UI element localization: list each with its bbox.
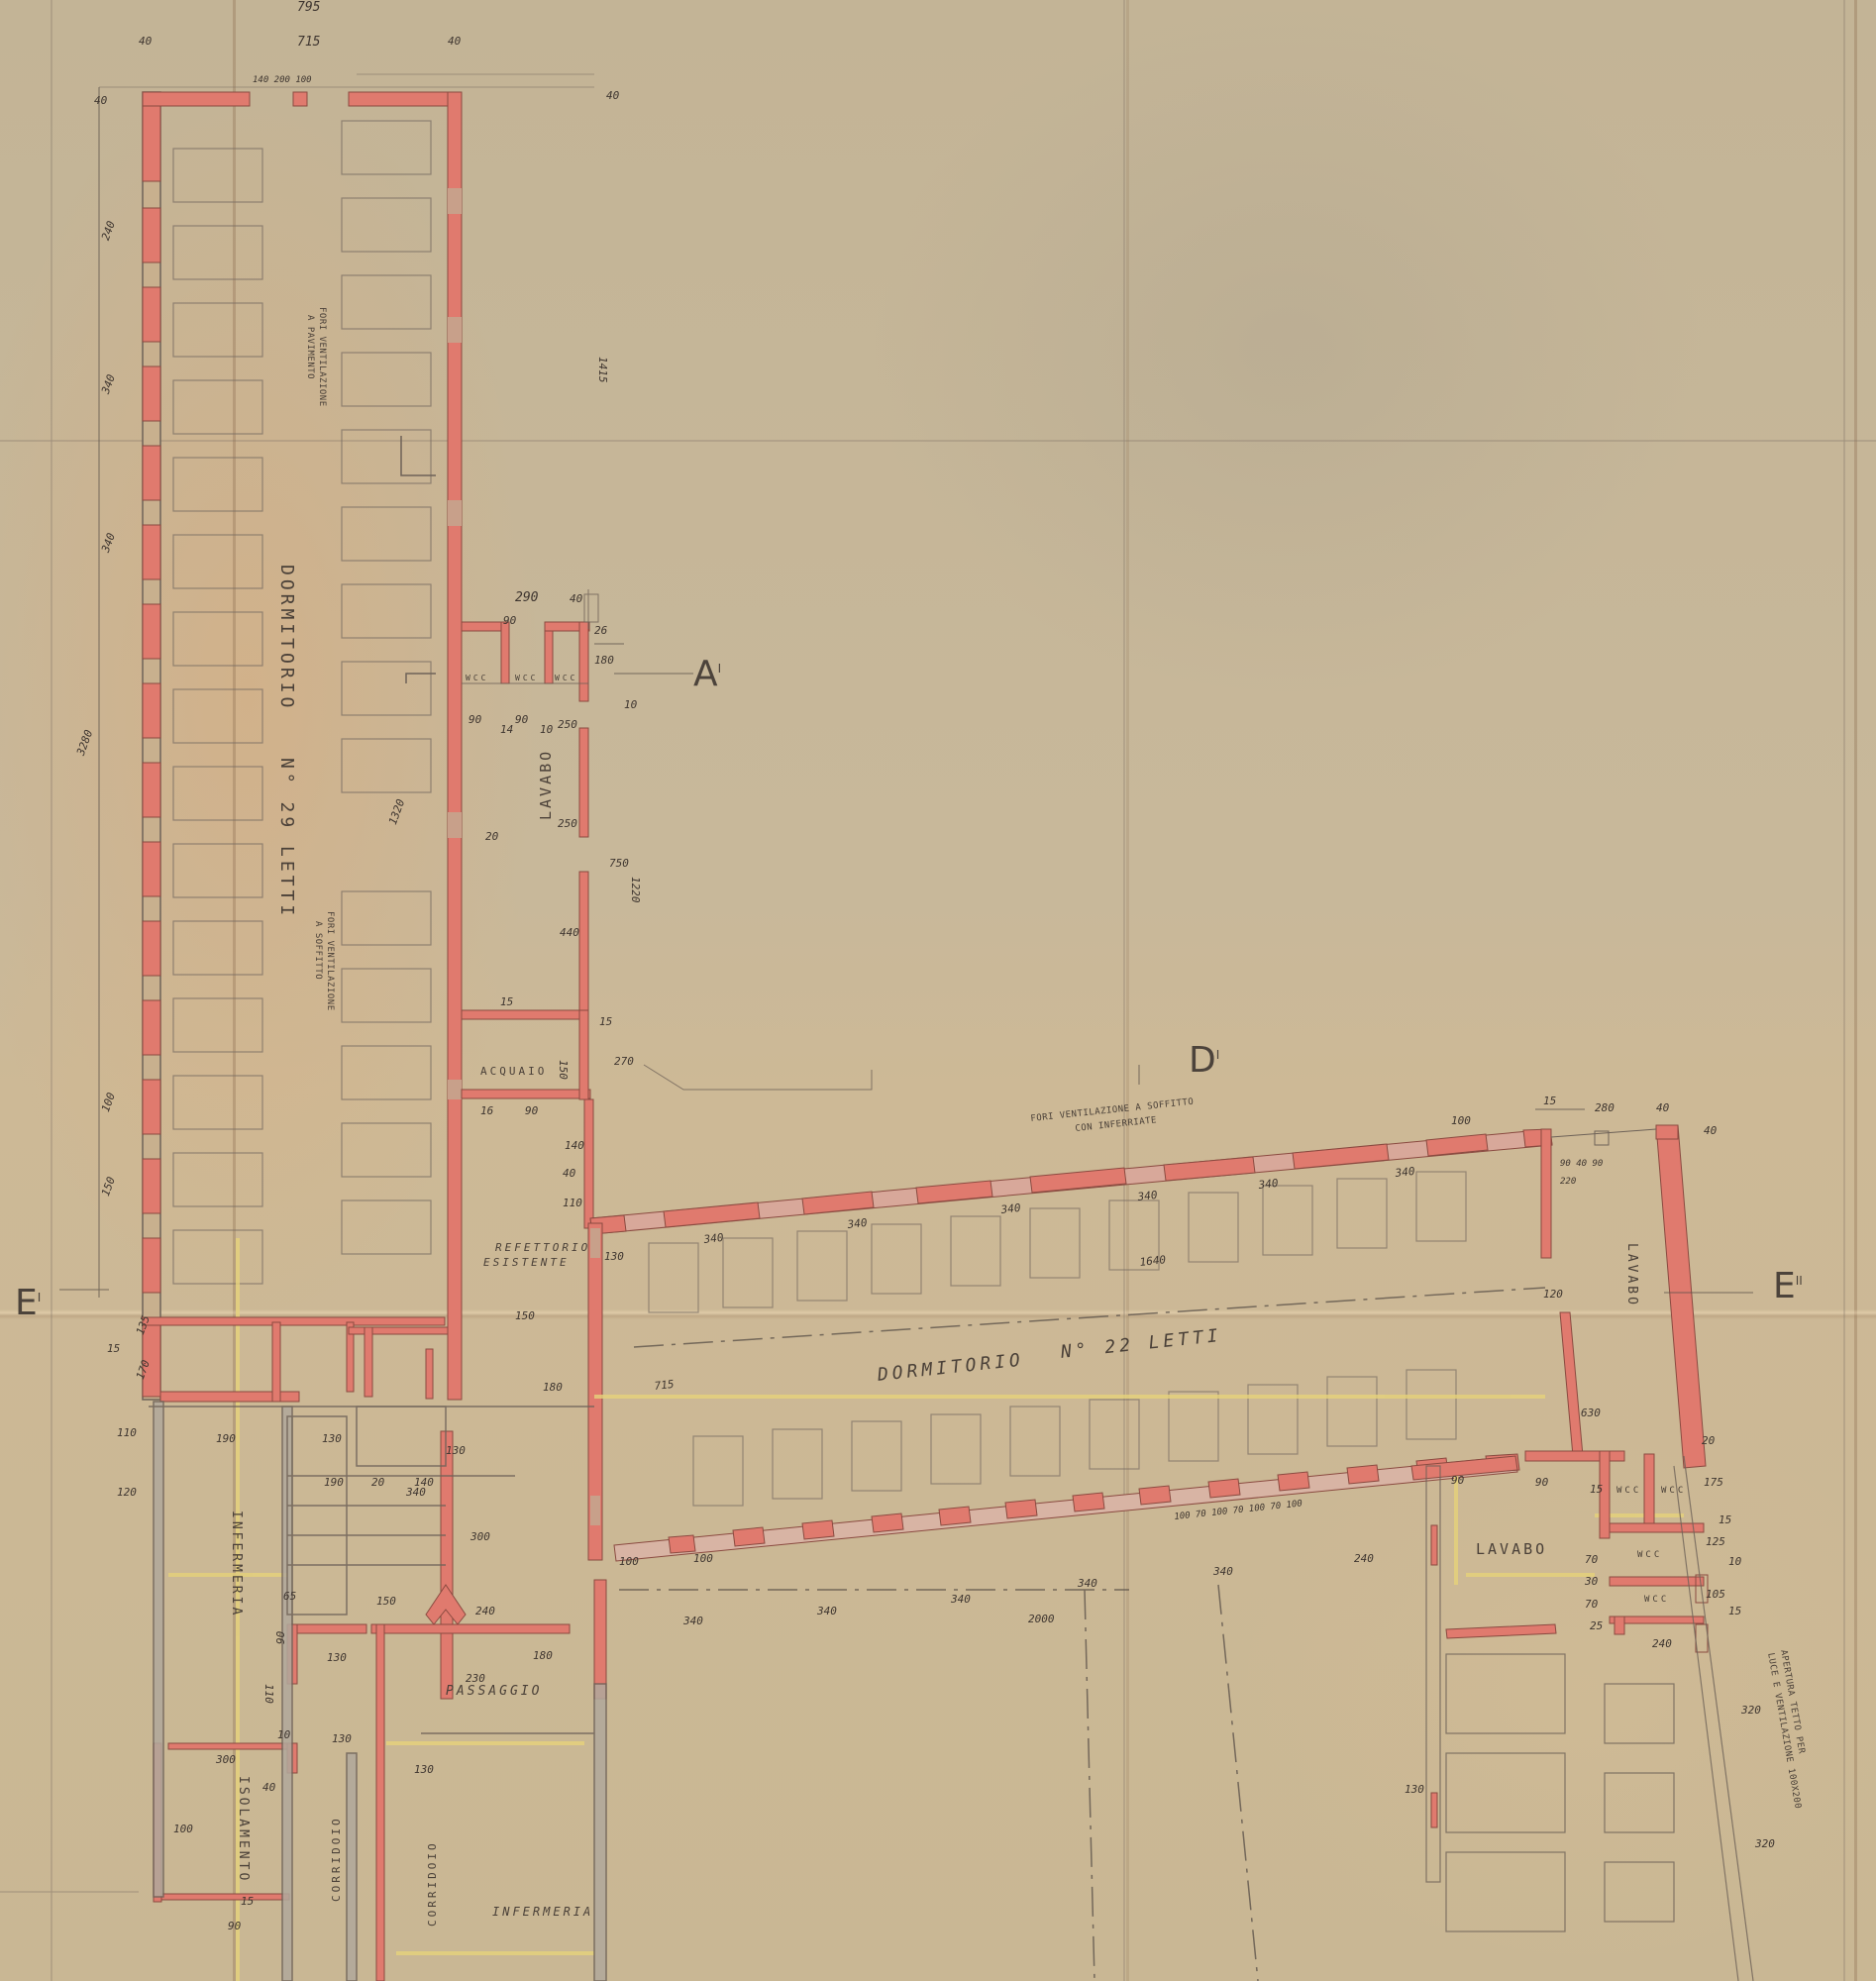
dimension: 320 (1741, 1704, 1761, 1717)
dimension: 340 (817, 1605, 837, 1617)
dimension: 340 (703, 1231, 724, 1246)
dimension: 300 (470, 1530, 490, 1543)
dimension: 20 (485, 830, 498, 843)
dimension: 20 (1702, 1434, 1715, 1447)
room-label-wcc-5: WCC (1661, 1486, 1686, 1496)
dimension: 340 (406, 1486, 426, 1499)
dimension: 40 (563, 1167, 575, 1180)
dimension: 110 (262, 1684, 275, 1704)
dimension: 130 (322, 1432, 342, 1445)
note-ventilation-ceiling-2: A SOFFITTO (313, 921, 323, 980)
dimension: 190 (324, 1476, 344, 1489)
dimension: 130 (332, 1732, 352, 1745)
dimension: 90 (515, 713, 528, 726)
dimension: 26 (594, 624, 607, 637)
dimension: 100 (693, 1552, 713, 1565)
dimension: 180 (594, 654, 614, 667)
room-label-lavabo-east: LAVABO (1624, 1243, 1639, 1307)
floor-plan (0, 0, 1876, 1981)
room-label-refettorio-existing: ESISTENTE (483, 1256, 570, 1269)
dimension: 40 (570, 592, 582, 605)
dimension: 795 (297, 0, 320, 15)
room-label-infermeria-west: INFERMERIA (229, 1511, 244, 1617)
dimension: 320 (1755, 1837, 1775, 1850)
dormitorio-29-walls (143, 92, 462, 1400)
construction-lines (0, 0, 1876, 1981)
dimension: 140 200 100 (253, 75, 312, 85)
dimension: 120 (1543, 1288, 1563, 1301)
demolition-lines (168, 1238, 1684, 1981)
dimension: 125 (1706, 1535, 1725, 1548)
room-label-isolamento: ISOLAMENTO (236, 1776, 251, 1883)
dimension: 130 (1405, 1783, 1424, 1796)
dimension: 140 (565, 1139, 584, 1152)
dimension: 300 (216, 1753, 236, 1766)
dimension: 20 (371, 1476, 384, 1489)
note-ventilation-floor: FORI VENTILAZIONE (317, 307, 327, 407)
dimension: 150 (515, 1309, 535, 1322)
dimension: 40 (262, 1781, 275, 1794)
dimension: 105 (1706, 1588, 1725, 1601)
note-ventilation-floor-2: A PAVIMENTO (305, 315, 315, 379)
room-label-wcc-3: WCC (555, 674, 577, 682)
section-marker-e-left: EI (15, 1283, 41, 1323)
dimension: 15 (500, 995, 513, 1008)
dimension: 15 (1543, 1095, 1556, 1107)
dimension: 90 (503, 614, 516, 627)
dimension: 1220 (629, 877, 642, 903)
room-label-acquaio: ACQUAIO (480, 1065, 547, 1078)
dimension: 90 (469, 713, 481, 726)
dimension: 175 (1704, 1476, 1723, 1489)
dimension: 250 (558, 718, 577, 731)
dimension: 120 (117, 1486, 137, 1499)
section-marker-e-right: EII (1773, 1266, 1803, 1306)
dimension: 150 (376, 1595, 396, 1608)
dimension: 100 (1451, 1114, 1471, 1127)
dimension: 270 (614, 1055, 634, 1068)
dimension: 715 (654, 1378, 675, 1393)
room-label-infermeria-south: INFERMERIA (492, 1905, 593, 1919)
dimension: 10 (624, 698, 637, 711)
dimension: 190 (216, 1432, 236, 1445)
dimension: 250 (558, 817, 577, 830)
dimension: 15 (1719, 1513, 1731, 1526)
room-label-corridoio-2: CORRIDOIO (426, 1840, 439, 1927)
note-ventilation-ceiling: FORI VENTILAZIONE (325, 911, 335, 1011)
dimension: 10 (1728, 1555, 1741, 1568)
dimension: 90 (1535, 1476, 1548, 1489)
dimension: 150 (557, 1060, 570, 1080)
dimension: 70 (1585, 1553, 1598, 1566)
dimension: 240 (475, 1605, 495, 1617)
room-label-dormitorio-29: DORMITORIO (276, 565, 297, 711)
dimension: 340 (1137, 1189, 1158, 1203)
room-label-passaggio: PASSAGGIO (446, 1684, 542, 1699)
dimension: 240 (1354, 1552, 1374, 1565)
dimension: 10 (540, 723, 553, 736)
dimension: 180 (533, 1649, 553, 1662)
dimension: 130 (446, 1444, 466, 1457)
room-label-refettorio: REFETTORIO (495, 1241, 590, 1254)
dimension: 16 (480, 1104, 493, 1117)
room-label-wcc-6: WCC (1637, 1550, 1662, 1560)
dimension: 40 (94, 94, 107, 107)
room-label-lavabo-north: LAVABO (537, 749, 555, 820)
dimension: 15 (107, 1342, 120, 1355)
dimension: 240 (1652, 1637, 1672, 1650)
dimension: 15 (241, 1895, 254, 1908)
dimension: 100 (173, 1823, 193, 1835)
room-label-wcc-1: WCC (466, 674, 488, 682)
dimension: 40 (1704, 1124, 1717, 1137)
dimension: 220 (1560, 1177, 1576, 1187)
dimension: 15 (1728, 1605, 1741, 1617)
section-marker-a: AI (693, 654, 721, 694)
dimension: 230 (466, 1672, 485, 1685)
dimension: 90 (228, 1920, 241, 1932)
dimension: 440 (560, 926, 579, 939)
dimension: 40 (1656, 1101, 1669, 1114)
dimension: 130 (414, 1763, 434, 1776)
dimension: 10 (277, 1728, 290, 1741)
room-label-wcc-2: WCC (515, 674, 538, 682)
dimension: 340 (1395, 1165, 1415, 1180)
bed-outlines-29 (173, 121, 431, 1284)
dimension: 340 (951, 1593, 971, 1606)
dimension: 40 (606, 89, 619, 102)
dimension: 1415 (596, 357, 609, 383)
room-label-wcc-4: WCC (1616, 1486, 1641, 1496)
dimension: 70 (1585, 1598, 1598, 1611)
room-label-lavabo-south: LAVABO (1476, 1540, 1547, 1558)
dimension: 1640 (1139, 1253, 1167, 1269)
dimension: 130 (604, 1250, 624, 1263)
dimension: 630 (1581, 1407, 1601, 1419)
dimension: 90 (1451, 1474, 1464, 1487)
dimension: 15 (599, 1015, 612, 1028)
dimension: 715 (297, 35, 320, 50)
dimension: 90 40 90 (1560, 1159, 1603, 1169)
dimension: 280 (1595, 1101, 1615, 1114)
room-label-wcc-7: WCC (1644, 1595, 1669, 1605)
dimension: 100 (619, 1555, 639, 1568)
dimension: 14 (500, 723, 513, 736)
dimension: 15 (1590, 1483, 1603, 1496)
dimension: 340 (683, 1615, 703, 1627)
dimension: 30 (1585, 1575, 1598, 1588)
dimension: 90 (525, 1104, 538, 1117)
room-label-corridoio-1: CORRIDOIO (330, 1816, 343, 1902)
dimension: 40 (448, 35, 461, 48)
dimension: 290 (515, 590, 538, 605)
dimension: 90 (274, 1631, 287, 1644)
dimension: 750 (609, 857, 629, 870)
dimension: 130 (327, 1651, 347, 1664)
dimension: 340 (1078, 1577, 1097, 1590)
dimension: 65 (283, 1590, 296, 1603)
dimension: 340 (847, 1216, 868, 1231)
dimension: 110 (563, 1197, 582, 1209)
dimension: 340 (1213, 1565, 1233, 1578)
dimension: 340 (1258, 1177, 1279, 1192)
dimension: 110 (117, 1426, 137, 1439)
dimension: 180 (543, 1381, 563, 1394)
dimension: 40 (139, 35, 152, 48)
section-marker-d: DI (1189, 1040, 1219, 1081)
dimension: 2000 (1028, 1613, 1055, 1625)
dimension: 25 (1590, 1619, 1603, 1632)
room-label-beds-29: N° 29 LETTI (276, 758, 297, 919)
dimension: 340 (1000, 1201, 1021, 1216)
